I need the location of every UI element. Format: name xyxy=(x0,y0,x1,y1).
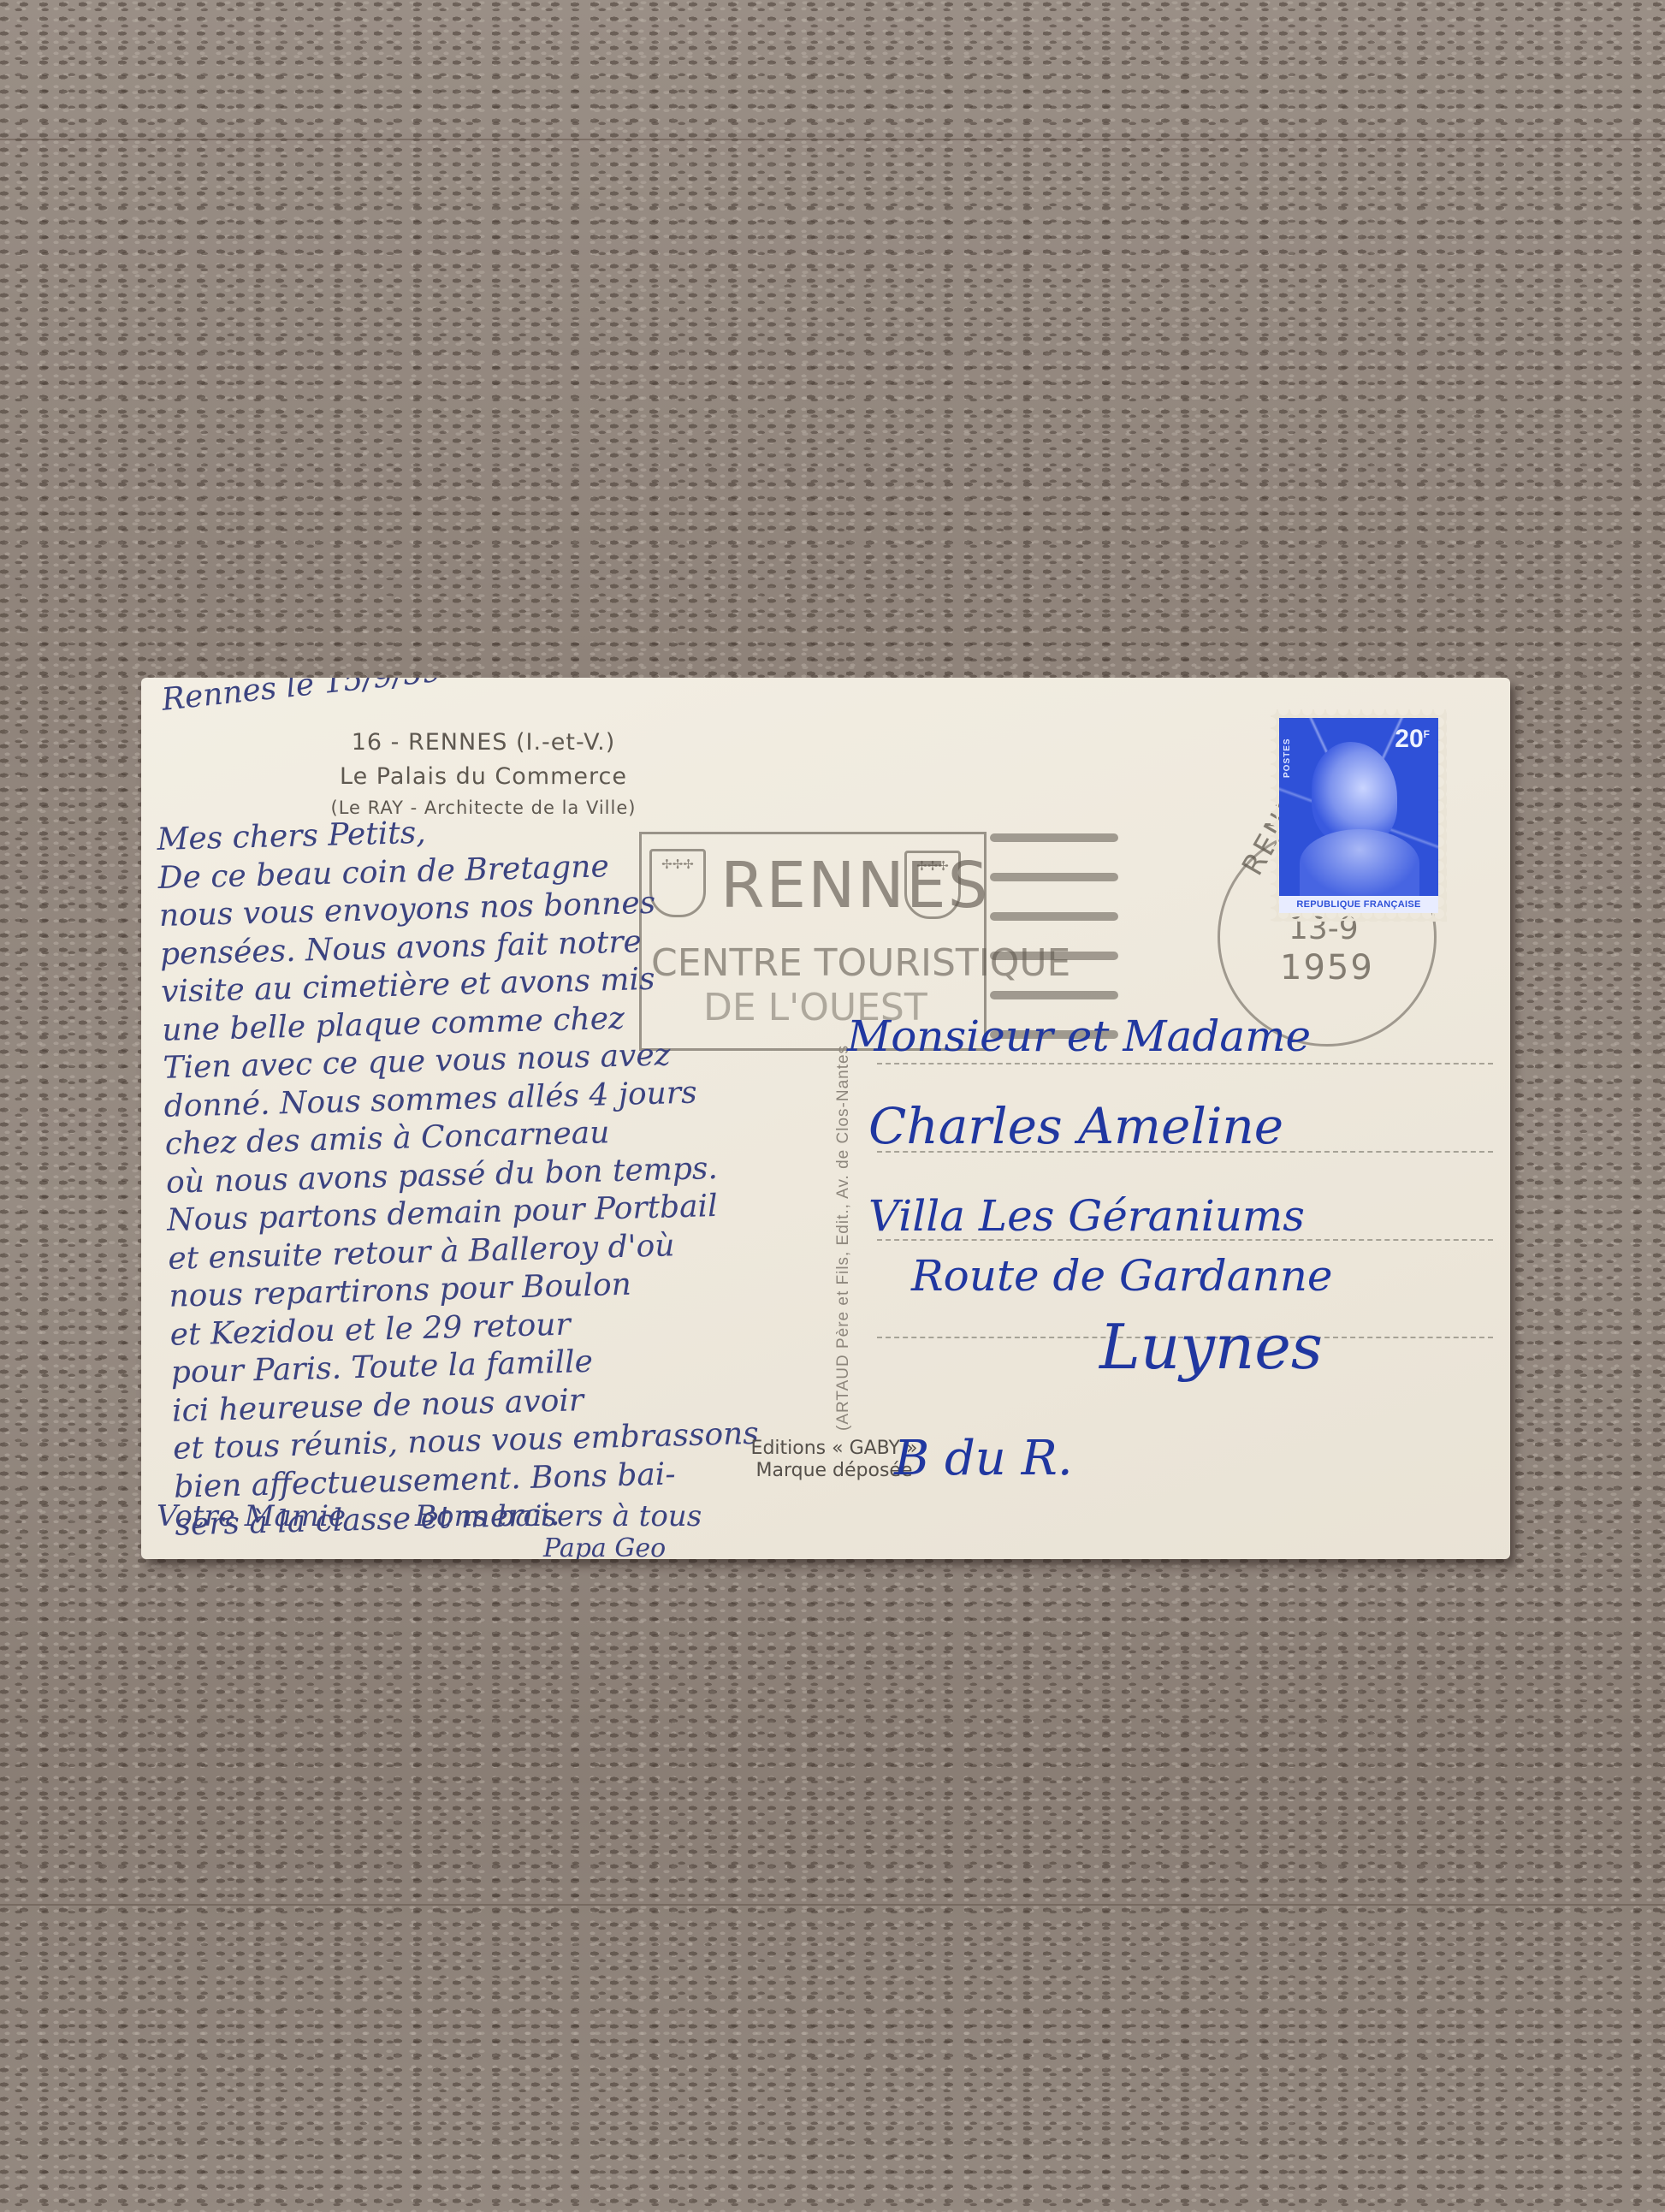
handwritten-date: Rennes le 15/9/59 xyxy=(160,678,444,718)
postmark-year: 1959 xyxy=(1280,948,1374,987)
stamp-value: 20F xyxy=(1395,725,1430,754)
handwritten-postscript-signature: Papa Geo xyxy=(543,1533,666,1559)
address-line-5: Luynes xyxy=(1099,1311,1323,1383)
address-line-6: B du R. xyxy=(894,1431,1073,1486)
address-line-1: Monsieur et Madame xyxy=(847,1011,1311,1061)
postage-stamp: POSTES 20F REPUBLIQUE FRANÇAISE xyxy=(1279,718,1438,913)
stamp-currency: F xyxy=(1424,728,1430,740)
surface-seam xyxy=(0,139,1665,140)
marianne-bust-icon xyxy=(1300,829,1419,898)
handwritten-postscript: Bons baisers à tous xyxy=(415,1499,702,1533)
cancel-wavy-line xyxy=(990,833,1118,842)
handwritten-signature: Votre Mamie xyxy=(157,1499,346,1533)
postcard: 16 - RENNES (I.-et-V.) Le Palais du Comm… xyxy=(141,678,1510,1559)
address-rule xyxy=(877,1063,1493,1064)
cancel-wavy-line xyxy=(990,912,1118,921)
cancel-wavy-line xyxy=(990,991,1118,999)
publisher-vertical-text: (ARTAUD Père et Fils, Edit., Av. de Clos… xyxy=(834,1045,853,1431)
cancel-wavy-line xyxy=(990,873,1118,881)
handwritten-message: Mes chers Petits,De ce beau coin de Bret… xyxy=(157,806,761,1545)
stamp-value-number: 20 xyxy=(1395,725,1423,753)
address-line-3: Villa Les Géraniums xyxy=(868,1191,1305,1241)
cancel-city: RENNES xyxy=(720,849,990,922)
cancel-wavy-line xyxy=(990,952,1118,960)
printed-title: 16 - RENNES (I.-et-V.) xyxy=(261,729,706,756)
printed-subtitle: Le Palais du Commerce xyxy=(244,763,723,790)
surface-seam xyxy=(0,1904,1665,1906)
address-line-2: Charles Ameline xyxy=(868,1097,1283,1155)
stamp-label: POSTES xyxy=(1283,738,1292,778)
stamp-country: REPUBLIQUE FRANÇAISE xyxy=(1279,896,1438,913)
address-line-4: Route de Gardanne xyxy=(911,1251,1332,1301)
